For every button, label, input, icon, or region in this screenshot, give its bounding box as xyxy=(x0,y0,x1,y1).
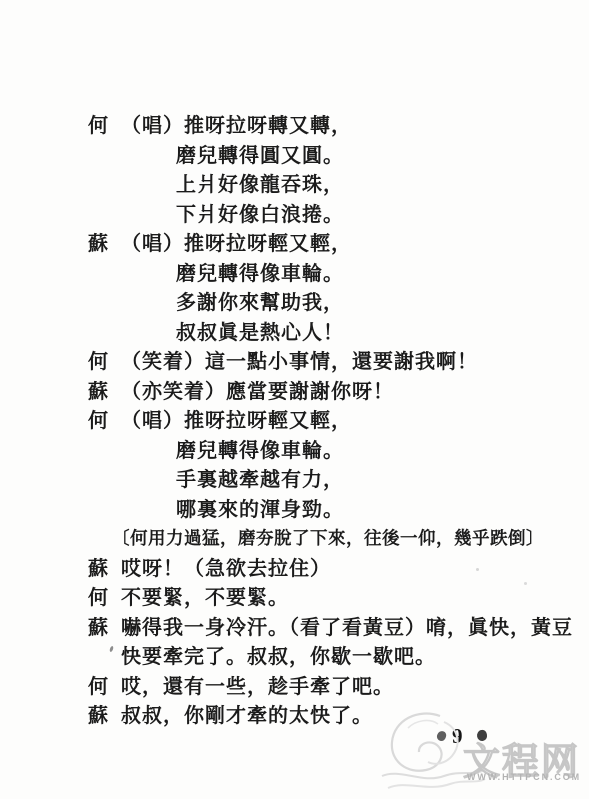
script-line: 多謝你來幫助我， xyxy=(0,285,589,315)
script-line: 快要牽完了。叔叔，你歇一歇吧。 xyxy=(0,639,589,669)
script-line: 何 （唱）推呀拉呀輕又輕， xyxy=(0,403,589,433)
line-text: 不要緊，不要緊。 xyxy=(121,581,289,610)
speaker-name: 蘇 xyxy=(88,611,109,640)
script-line: 蘇 叔叔，你剛才牽的太快了。 xyxy=(0,698,589,728)
script-line: 蘇 嚇得我一身冷汗。（看了看黃豆）唷，眞快，黃豆 xyxy=(0,610,589,640)
script-line: 哪裏來的渾身勁。 xyxy=(0,492,589,522)
speaker-name: 何 xyxy=(88,404,109,433)
script-line: 磨兒轉得像車輪。 xyxy=(0,256,589,286)
speaker-name: 何 xyxy=(88,345,109,374)
speaker-name: 蘇 xyxy=(88,699,109,728)
line-text: 哪裏來的渾身勁。 xyxy=(176,493,344,522)
script-line: 蘇 哎呀！（急欲去拉住） xyxy=(0,551,589,581)
script-line: 磨兒轉得圓又圓。 xyxy=(0,138,589,168)
script-line: 何 （笑着）這一點小事情，還要謝我啊！ xyxy=(0,344,589,374)
script-line: 蘇 （亦笑着）應當要謝謝你呀！ xyxy=(0,374,589,404)
line-text: 下爿好像白浪捲。 xyxy=(176,198,344,227)
line-text: 多謝你來幫助我， xyxy=(176,286,344,315)
scan-speck xyxy=(476,568,479,571)
script-line: 叔叔眞是熱心人！ xyxy=(0,315,589,345)
line-text: 快要牽完了。叔叔，你歇一歇吧。 xyxy=(121,640,436,669)
line-text: 手裏越牽越有力， xyxy=(176,463,344,492)
line-text: （唱）推呀拉呀輕又輕， xyxy=(121,227,352,256)
speaker-name: 何 xyxy=(88,109,109,138)
line-text: （唱）推呀拉呀轉又轉， xyxy=(121,109,352,138)
speaker-name: 何 xyxy=(88,581,109,610)
script-line: 何 不要緊，不要緊。 xyxy=(0,580,589,610)
speaker-name: 蘇 xyxy=(88,552,109,581)
line-text: 磨兒轉得像車輪。 xyxy=(176,434,344,463)
script-line: 手裏越牽越有力， xyxy=(0,462,589,492)
line-text: （唱）推呀拉呀輕又輕， xyxy=(121,404,352,433)
script-line: 下爿好像白浪捲。 xyxy=(0,197,589,227)
script-line: 何 哎，還有一些，趁手牽了吧。 xyxy=(0,669,589,699)
script-line: 蘇 （唱）推呀拉呀輕又輕， xyxy=(0,226,589,256)
line-text: 上爿好像龍吞珠， xyxy=(176,168,344,197)
script-lines: 何 （唱）推呀拉呀轉又轉， 磨兒轉得圓又圓。 上爿好像龍吞珠， 下爿好像白浪捲。… xyxy=(0,108,589,728)
line-text: 嚇得我一身冷汗。（看了看黃豆）唷，眞快，黃豆 xyxy=(121,611,573,640)
line-text: （亦笑着）應當要謝謝你呀！ xyxy=(121,375,394,404)
scanned-script-page: 何 （唱）推呀拉呀轉又轉， 磨兒轉得圓又圓。 上爿好像龍吞珠， 下爿好像白浪捲。… xyxy=(0,0,589,799)
speaker-name: 蘇 xyxy=(88,227,109,256)
speaker-name: 何 xyxy=(88,670,109,699)
script-line: 上爿好像龍吞珠， xyxy=(0,167,589,197)
script-line: 何 （唱）推呀拉呀轉又轉， xyxy=(0,108,589,138)
line-text: 叔叔，你剛才牽的太快了。 xyxy=(121,699,373,728)
speaker-name: 蘇 xyxy=(88,375,109,404)
scan-speck xyxy=(524,582,527,585)
line-text: 磨兒轉得圓又圓。 xyxy=(176,139,344,168)
line-text: 磨兒轉得像車輪。 xyxy=(176,257,344,286)
script-line: 〔何用力過猛，磨夯脫了下來，往後一仰，幾乎跌倒〕 xyxy=(0,521,589,551)
line-text: （笑着）這一點小事情，還要謝我啊！ xyxy=(121,345,478,374)
line-text: 哎，還有一些，趁手牽了吧。 xyxy=(121,670,394,699)
line-text: 叔叔眞是熱心人！ xyxy=(176,316,344,345)
script-line: 磨兒轉得像車輪。 xyxy=(0,433,589,463)
scan-speck xyxy=(258,592,262,596)
line-text: 哎呀！（急欲去拉住） xyxy=(121,552,331,581)
watermark-url-text: WWW.HTTPCN.COM xyxy=(467,772,581,782)
line-text: 〔何用力過猛，磨夯脫了下來，往後一仰，幾乎跌倒〕 xyxy=(112,525,544,550)
